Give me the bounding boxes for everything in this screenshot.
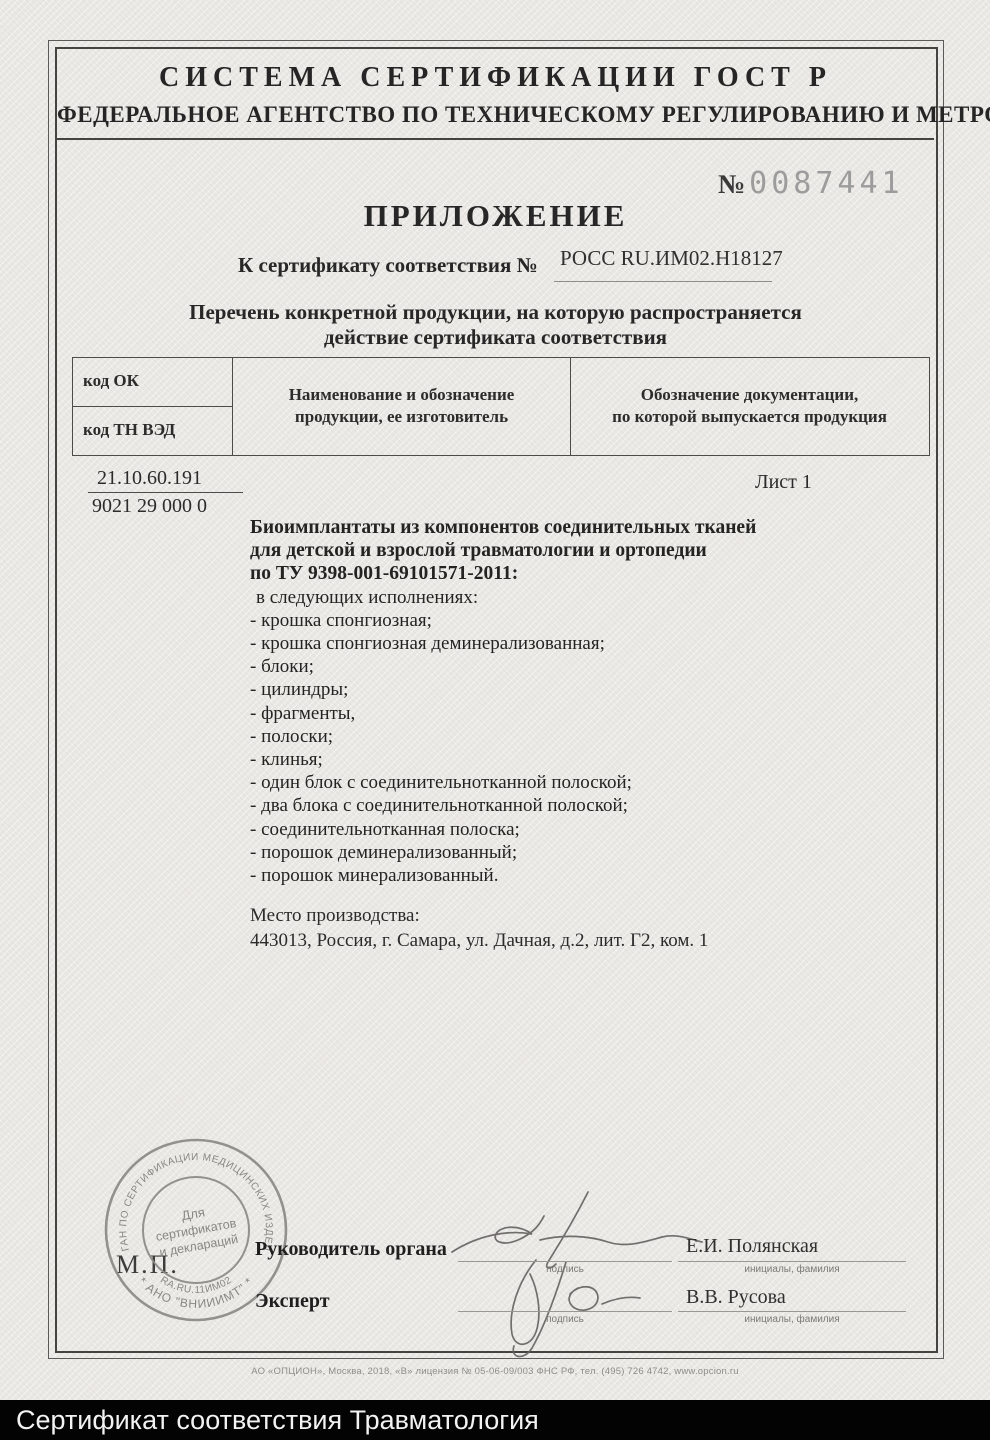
head-name: Е.И. Полянская bbox=[686, 1235, 818, 1258]
certificate-number-value: РОСС RU.ИМ02.Н18127 bbox=[560, 246, 783, 271]
header-separator-line bbox=[57, 138, 934, 140]
product-title-line1: Биоимплантаты из компонентов соединитель… bbox=[250, 516, 870, 539]
product-title-line3: по ТУ 9398-001-69101571-2011: bbox=[250, 562, 870, 585]
head-signature-line bbox=[458, 1261, 672, 1262]
head-name-line bbox=[678, 1261, 906, 1262]
product-name-header-line2: продукции, ее изготовитель bbox=[233, 406, 570, 428]
tnved-code-value: 9021 29 000 0 bbox=[92, 495, 207, 518]
certificate-reference-label: К сертификату соответствия № bbox=[238, 253, 538, 278]
ok-code-label: код ОК bbox=[73, 358, 232, 391]
ok-code-value: 21.10.60.191 bbox=[97, 467, 202, 490]
product-list-item: - один блок с соединительнотканной полос… bbox=[250, 771, 870, 794]
document-title: ПРИЛОЖЕНИЕ bbox=[57, 198, 934, 234]
production-place-label: Место производства: bbox=[250, 905, 420, 927]
subtitle-line-1: Перечень конкретной продукции, на котору… bbox=[57, 300, 934, 325]
caption-bar-text: Сертификат соответствия Травматология bbox=[16, 1402, 539, 1438]
product-list-item: - крошка спонгиозная; bbox=[250, 609, 870, 632]
form-number-digits: 0087441 bbox=[749, 166, 903, 201]
table-cell-tnved-code: код ТН ВЭД bbox=[72, 406, 233, 456]
product-name-header-line1: Наименование и обозначение bbox=[233, 384, 570, 406]
product-list-item: - соединительнотканная полоска; bbox=[250, 818, 870, 841]
stamp-center-line1: Для bbox=[180, 1204, 206, 1223]
product-list-item: - полоски; bbox=[250, 725, 870, 748]
expert-name: В.В. Русова bbox=[686, 1286, 786, 1309]
documentation-header-line1: Обозначение документации, bbox=[571, 384, 929, 406]
product-list-item: - крошка спонгиозная деминерализованная; bbox=[250, 632, 870, 655]
expert-signature-caption: подпись bbox=[458, 1314, 672, 1325]
table-cell-ok-code: код ОК bbox=[72, 357, 233, 407]
table-cell-documentation-header: Обозначение документации, по которой вып… bbox=[570, 357, 930, 456]
head-of-body-label: Руководитель органа bbox=[255, 1238, 447, 1261]
sheet-number: Лист 1 bbox=[755, 471, 812, 494]
product-variants-intro: в следующих исполнениях: bbox=[250, 586, 870, 609]
subtitle-line-2: действие сертификата соответствия bbox=[57, 325, 934, 350]
product-list-item: - порошок деминерализованный; bbox=[250, 841, 870, 864]
head-name-caption: инициалы, фамилия bbox=[678, 1264, 906, 1275]
documentation-header-line2: по которой выпускается продукция bbox=[571, 406, 929, 428]
certificate-number-underline bbox=[554, 281, 772, 282]
product-title-line2: для детской и взрослой травматологии и о… bbox=[250, 539, 870, 562]
expert-label: Эксперт bbox=[255, 1290, 330, 1313]
table-cell-product-name-header: Наименование и обозначение продукции, ее… bbox=[232, 357, 571, 456]
form-number: № 0087441 bbox=[718, 166, 904, 201]
certification-system-title: СИСТЕМА СЕРТИФИКАЦИИ ГОСТ Р bbox=[57, 62, 934, 94]
product-list-item: - клинья; bbox=[250, 748, 870, 771]
head-signature-caption: подпись bbox=[458, 1264, 672, 1275]
expert-name-line bbox=[678, 1311, 906, 1312]
print-house-note: АО «ОПЦИОН», Москва, 2018, «В» лицензия … bbox=[48, 1366, 942, 1377]
code-divider-line bbox=[88, 492, 243, 493]
tnved-code-label: код ТН ВЭД bbox=[73, 407, 232, 440]
product-list-item: - блоки; bbox=[250, 655, 870, 678]
form-number-sign: № bbox=[718, 169, 745, 199]
product-list-item: - цилиндры; bbox=[250, 678, 870, 701]
production-place-address: 443013, Россия, г. Самара, ул. Дачная, д… bbox=[250, 930, 708, 952]
product-list-item: - порошок минерализованный. bbox=[250, 864, 870, 887]
product-list-item: - фрагменты, bbox=[250, 702, 870, 725]
federal-agency-title: ФЕДЕРАЛЬНОЕ АГЕНТСТВО ПО ТЕХНИЧЕСКОМУ РЕ… bbox=[57, 102, 934, 128]
expert-name-caption: инициалы, фамилия bbox=[678, 1314, 906, 1325]
product-list-item: - два блока с соединительнотканной полос… bbox=[250, 794, 870, 817]
expert-signature-line bbox=[458, 1311, 672, 1312]
product-description: Биоимплантаты из компонентов соединитель… bbox=[250, 516, 870, 887]
